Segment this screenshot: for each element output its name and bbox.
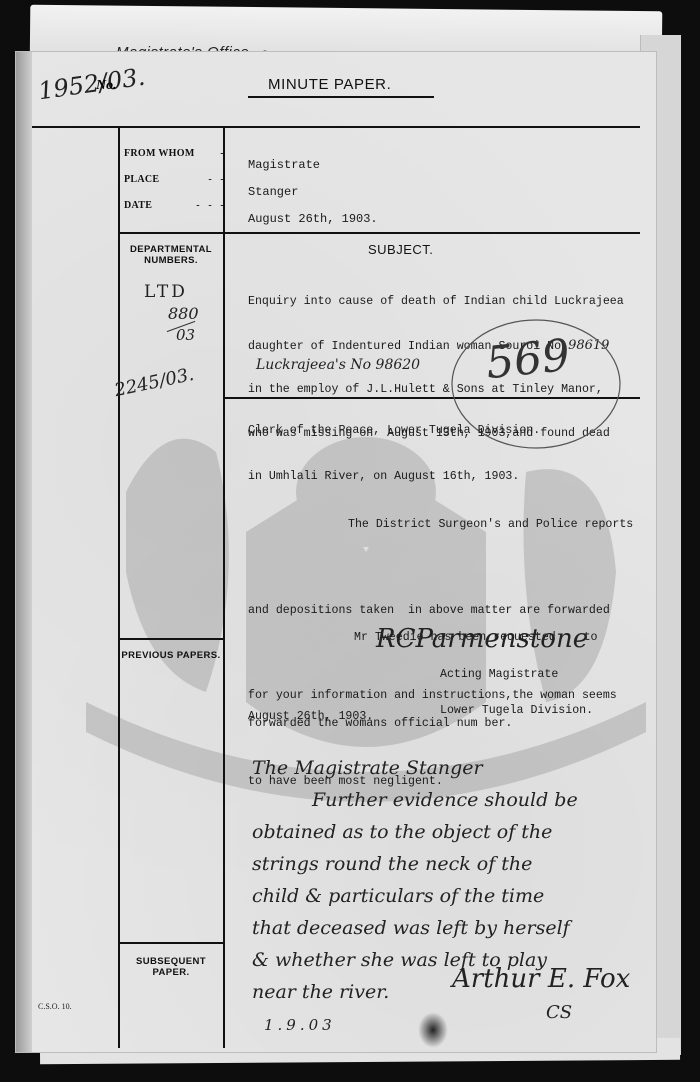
departmental-number-ltd: LTD: [144, 282, 188, 302]
file-number-handwritten: 1952/03.: [37, 63, 147, 106]
minute-paper: 1952/03. No. MINUTE PAPER. FROM WHOM - P…: [16, 52, 656, 1052]
sign-date: August 26th, 1903.: [248, 710, 373, 723]
file-number-label: No.: [96, 78, 117, 94]
header-bottom-rule: [118, 232, 640, 234]
departmental-numbers-label: DEPARTMENTAL NUMBERS.: [120, 244, 222, 266]
magistrate-signature: RCParmenstone: [376, 624, 588, 654]
signatory-title: Acting Magistrate: [440, 668, 558, 681]
right-column-rule: [223, 128, 225, 1048]
field-place: PLACE - -: [124, 174, 224, 200]
ink-stain: [418, 1012, 448, 1048]
minute-signature: Arthur E. Fox: [452, 964, 630, 994]
from-whom-value: Magistrate: [248, 152, 378, 179]
departmental-number-03: 03: [176, 326, 195, 344]
handwritten-child-number: Luckrajeea's No 98620: [256, 357, 420, 373]
minute-addressee: The Magistrate Stanger: [252, 752, 578, 784]
title-underline: [248, 96, 434, 98]
left-column-rule: [118, 128, 120, 1048]
date-value: August 26th, 1903.: [248, 206, 378, 233]
binding-strip: [16, 52, 32, 1052]
page-title: MINUTE PAPER.: [268, 76, 391, 93]
previous-papers-rule: [118, 638, 225, 640]
minute-date: 1.9.03: [264, 1016, 336, 1034]
header-values: Magistrate Stanger August 26th, 1903.: [248, 152, 378, 233]
form-code: C.S.O. 10.: [38, 1002, 72, 1011]
signatory-division: Lower Tugela Division.: [440, 704, 593, 717]
subsequent-paper-label: SUBSEQUENT PAPER.: [120, 956, 222, 978]
subsequent-paper-rule: [118, 942, 225, 944]
place-value: Stanger: [248, 179, 378, 206]
header-labels: FROM WHOM - PLACE - - DATE - - -: [124, 148, 224, 226]
field-from-whom: FROM WHOM -: [124, 148, 224, 174]
field-date: DATE - - -: [124, 200, 224, 226]
minute-signature-suffix: CS: [546, 1002, 572, 1023]
top-rule: [32, 126, 640, 128]
subject-heading: SUBJECT.: [368, 242, 433, 257]
addressee: Clerk of the Peace, Lower Tugela Divisio…: [248, 424, 540, 437]
previous-papers-label: PREVIOUS PAPERS.: [120, 650, 222, 661]
